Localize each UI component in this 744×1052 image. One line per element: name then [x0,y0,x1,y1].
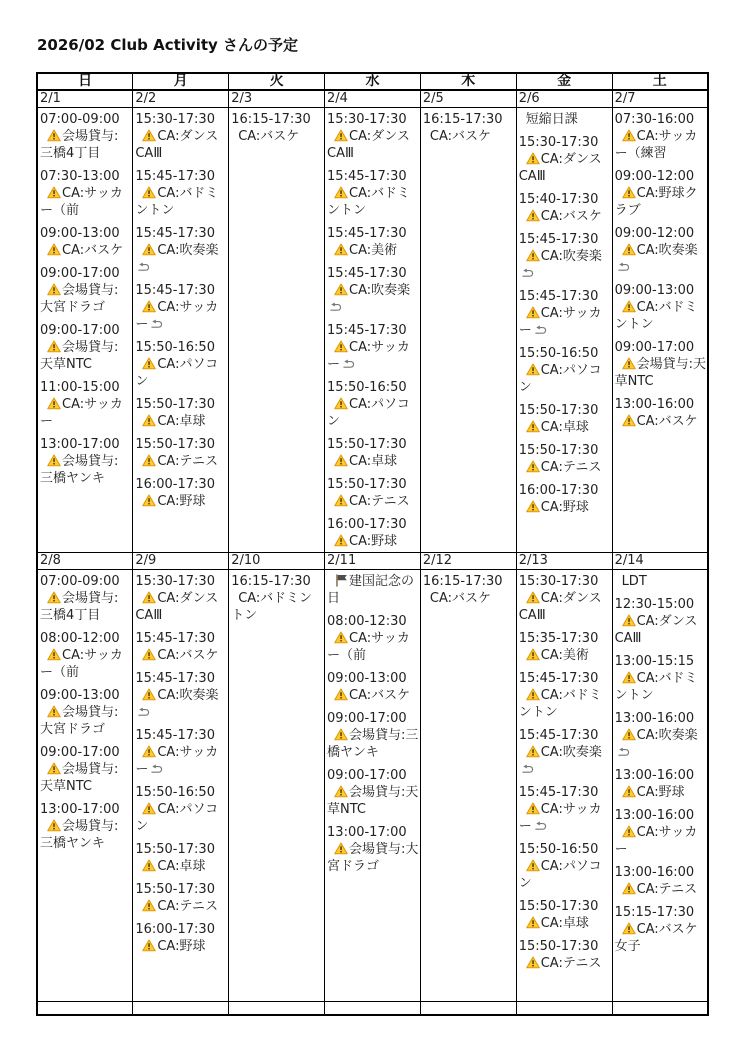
warning-icon [142,899,156,912]
empty-date-cell [229,1001,325,1015]
event[interactable]: 07:30-13:00CA:サッカー（前 [40,168,131,219]
event-title-text: CA:野球 [157,939,205,954]
event-title: 会場貸与:天草NTC [40,339,131,373]
day-events-inner: 15:30-17:30CA:ダンスCAⅢ15:45-17:30CA:バドミントン… [133,108,228,552]
event-time: 13:00-17:00 [327,824,419,841]
date-cell[interactable]: 2/11 [325,552,421,569]
day-events-cell: 15:30-17:30CA:ダンスCAⅢ15:45-17:30CA:バドミントン… [133,107,229,552]
event-time: 15:50-17:30 [135,881,227,898]
warning-icon [526,591,540,604]
event[interactable]: 15:50-17:30CA:卓球 [327,436,419,470]
event-title: 建国記念の日 [327,573,419,607]
event-title: CA:美術 [519,647,611,664]
event[interactable]: 15:50-17:30CA:テニス [135,881,227,915]
warning-icon [142,688,156,701]
event-title: 会場貸与:三橋ヤンキ [327,727,419,761]
warning-icon [334,534,348,547]
date-cell[interactable]: 2/1 [37,90,133,107]
event[interactable]: 15:45-17:30CA:美術 [327,225,419,259]
weekday-header: 水 [325,73,421,90]
warning-icon [334,842,348,855]
event-title: 会場貸与:三橋4丁目 [40,128,131,162]
event-time: 15:30-17:30 [135,573,227,590]
event[interactable]: 15:30-17:30CA:ダンスCAⅢ [519,573,611,624]
event[interactable]: 16:00-17:30CA:野球 [135,476,227,510]
event-title: CA:吹奏楽 [519,744,611,778]
event[interactable]: 07:00-09:00会場貸与:三橋4丁目 [40,573,131,624]
warning-icon [622,882,636,895]
event-time: 16:00-17:30 [135,921,227,938]
event[interactable]: 09:00-17:00会場貸与:天草NTC [615,339,706,390]
warning-icon [334,631,348,644]
event[interactable]: 15:15-17:30CA:バスケ女子 [615,904,706,955]
event-title: 会場貸与:大宮ドラゴ [40,704,131,738]
event-title: CA:バスケ [615,413,706,430]
warning-icon [526,956,540,969]
date-cell[interactable]: 2/9 [133,552,229,569]
event[interactable]: 15:45-17:30CA:吹奏楽 [135,670,227,721]
event[interactable]: 16:00-17:30CA:野球 [135,921,227,955]
event[interactable]: 09:00-17:00会場貸与:天草NTC [40,744,131,795]
event-title-text: CA:卓球 [541,916,589,931]
event[interactable]: 09:00-12:00CA:吹奏楽 [615,225,706,276]
event[interactable]: 16:15-17:30CA:バスケ [423,111,515,145]
event-title: CA:吹奏楽 [519,248,611,282]
event[interactable]: 15:50-17:30CA:卓球 [135,841,227,875]
warning-icon [142,648,156,661]
warning-icon [142,300,156,313]
event-title-text: CA:テニス [541,956,602,971]
warning-icon [142,186,156,199]
event-time: 09:00-13:00 [615,282,706,299]
warning-icon [47,397,61,410]
event-title: CA:バスケ [40,242,131,259]
event[interactable]: 13:00-17:00会場貸与:大宮ドラゴ [327,824,419,875]
event[interactable]: 15:45-17:30CA:吹奏楽 [519,727,611,778]
event-title-text: CA:野球 [637,785,685,800]
warning-icon [47,705,61,718]
event[interactable]: 15:50-17:30CA:テニス [135,436,227,470]
repeat-icon [616,747,630,757]
event[interactable]: 15:50-17:30CA:テニス [327,476,419,510]
event-title: CA:サッカー [40,396,131,430]
event-title: CA:バスケ [231,128,323,145]
event[interactable]: 15:45-17:30CA:吹奏楽 [519,231,611,282]
warning-icon [622,671,636,684]
day-events-cell: 15:30-17:30CA:ダンスCAⅢ15:35-17:30CA:美術15:4… [516,569,612,1001]
event[interactable]: 09:00-13:00CA:バスケ [40,225,131,259]
event-title: 会場貸与:三橋ヤンキ [40,818,131,852]
warning-icon [334,186,348,199]
event[interactable]: 08:00-12:00CA:サッカー（前 [40,630,131,681]
event-title: CA:テニス [519,955,611,972]
date-cell[interactable]: 2/5 [420,90,516,107]
event-title: CA:野球 [135,493,227,510]
event-title: CA:サッカー [519,305,611,339]
event-title-text: CA:美術 [349,243,397,258]
date-cell[interactable]: 2/12 [420,552,516,569]
event-time: 15:50-17:30 [519,442,611,459]
event[interactable]: 09:00-13:00CA:バスケ [327,670,419,704]
event[interactable]: 建国記念の日 [327,573,419,607]
event-time: 09:00-12:00 [615,225,706,242]
event-title-text: CA:バスケ [541,209,602,224]
event-title: CA:野球クラブ [615,185,706,219]
event-title: CA:卓球 [135,413,227,430]
event-title-text: CA:バスケ [157,648,218,663]
day-events-inner: 16:15-17:30CA:バドミントン [229,570,324,1001]
warning-icon [334,688,348,701]
warning-icon [526,363,540,376]
weekday-header: 木 [420,73,516,90]
event[interactable]: 09:00-17:00会場貸与:天草NTC [327,767,419,818]
event-time: 15:35-17:30 [519,630,611,647]
schedule-page: 2026/02 Club Activity さんの予定 日月火水木金土 2/12… [0,0,744,1052]
event-time: 15:50-17:30 [327,436,419,453]
day-events-cell: 16:15-17:30CA:バスケ [420,107,516,552]
event[interactable]: 13:00-16:00CA:吹奏楽 [615,710,706,761]
event-title: 短縮日課 [519,111,611,128]
warning-icon [142,494,156,507]
date-cell[interactable]: 2/13 [516,552,612,569]
event[interactable]: 15:30-17:30CA:ダンスCAⅢ [135,573,227,624]
warning-icon [622,300,636,313]
event-time: 16:15-17:30 [423,111,515,128]
event[interactable]: 15:50-16:50CA:パソコン [519,841,611,892]
event[interactable]: 15:50-17:30CA:卓球 [519,402,611,436]
event-title: CA:吹奏楽 [615,727,706,761]
event[interactable]: 15:30-17:30CA:ダンスCAⅢ [327,111,419,162]
events-row: 07:00-09:00会場貸与:三橋4丁目08:00-12:00CA:サッカー（… [37,569,708,1001]
event-time: 13:00-17:00 [40,436,131,453]
event-time: 08:00-12:00 [40,630,131,647]
event[interactable]: 09:00-17:00会場貸与:三橋ヤンキ [327,710,419,761]
warning-icon [334,283,348,296]
calendar-head: 日月火水木金土 [37,73,708,90]
event-title: CA:テニス [615,881,706,898]
day-events-inner: 16:15-17:30CA:バスケ [421,570,516,1001]
date-cell[interactable]: 2/6 [516,90,612,107]
event[interactable]: 13:00-16:00CA:テニス [615,864,706,898]
repeat-icon [136,262,150,272]
warning-icon [142,802,156,815]
event-time: 15:50-17:30 [519,938,611,955]
day-events-cell: 16:15-17:30CA:バスケ [420,569,516,1001]
event[interactable]: 15:45-17:30CA:サッカー [519,288,611,339]
event-title: CA:テニス [519,459,611,476]
event-title: CA:サッカー（前 [327,630,419,664]
event-time: 13:00-16:00 [615,710,706,727]
event[interactable]: 15:45-17:30CA:バドミントン [519,670,611,721]
event[interactable]: 15:50-16:50CA:パソコン [135,784,227,835]
event-title: CA:サッカー [135,299,227,333]
event[interactable]: 09:00-17:00会場貸与:天草NTC [40,322,131,373]
warning-icon [526,916,540,929]
warning-icon [47,762,61,775]
event[interactable]: 13:00-17:00会場貸与:三橋ヤンキ [40,801,131,852]
event-time: 15:15-17:30 [615,904,706,921]
event-time: 12:30-15:00 [615,596,706,613]
event-title-text: CA:テニス [349,494,410,509]
date-cell[interactable]: 2/7 [612,90,708,107]
event-time: 15:45-17:30 [327,225,419,242]
event-title: CA:野球 [135,938,227,955]
event-title: CA:バスケ [135,647,227,664]
repeat-icon [616,262,630,272]
event-time: 15:30-17:30 [327,111,419,128]
event[interactable]: 16:15-17:30CA:バスケ [231,111,323,145]
event[interactable]: 07:30-16:00CA:サッカー（練習 [615,111,706,162]
event-title: 会場貸与:三橋4丁目 [40,590,131,624]
event-title: CA:美術 [327,242,419,259]
event-title-text: CA:テニス [541,460,602,475]
event[interactable]: 15:45-17:30CA:吹奏楽 [135,225,227,276]
warning-icon [622,414,636,427]
event[interactable]: 11:00-15:00CA:サッカー [40,379,131,430]
event-title: 会場貸与:大宮ドラゴ [327,841,419,875]
event-time: 15:45-17:30 [135,282,227,299]
event[interactable]: 15:50-16:50CA:パソコン [135,339,227,390]
event[interactable]: 15:45-17:30CA:バドミントン [327,168,419,219]
event-title-text: CA:野球 [541,500,589,515]
day-events-cell: 15:30-17:30CA:ダンスCAⅢ15:45-17:30CA:バドミントン… [325,107,421,552]
day-events-inner: 15:30-17:30CA:ダンスCAⅢ15:45-17:30CA:バドミントン… [325,108,420,552]
event-time: 15:40-17:30 [519,191,611,208]
event[interactable]: 15:45-17:30CA:バスケ [135,630,227,664]
event[interactable]: 09:00-13:00会場貸与:大宮ドラゴ [40,687,131,738]
warning-icon [622,357,636,370]
event[interactable]: 15:30-17:30CA:ダンスCAⅢ [135,111,227,162]
event-time: 16:00-17:30 [135,476,227,493]
date-cell[interactable]: 2/10 [229,552,325,569]
event-time: 15:45-17:30 [135,630,227,647]
warning-icon [47,454,61,467]
event[interactable]: 16:00-17:30CA:野球 [519,482,611,516]
warning-icon [526,152,540,165]
event[interactable]: 13:00-16:00CA:バスケ [615,396,706,430]
event-time: 15:45-17:30 [519,784,611,801]
event-time: 13:00-16:00 [615,864,706,881]
event-time: 16:00-17:30 [327,516,419,533]
date-row: 2/82/92/102/112/122/132/14 [37,552,708,569]
event-title: CA:吹奏楽 [135,242,227,276]
event-time: 15:45-17:30 [135,168,227,185]
event[interactable]: 13:00-16:00CA:野球 [615,767,706,801]
empty-date-cell [420,1001,516,1015]
empty-date-cell [37,1001,133,1015]
date-cell[interactable]: 2/4 [325,90,421,107]
event[interactable]: 15:45-17:30CA:サッカー [519,784,611,835]
event[interactable]: 09:00-17:00会場貸与:大宮ドラゴ [40,265,131,316]
repeat-icon [149,764,163,774]
warning-icon [622,728,636,741]
event-time: 09:00-17:00 [40,265,131,282]
warning-icon [622,922,636,935]
event[interactable]: 15:50-17:30CA:テニス [519,442,611,476]
event-time: 07:00-09:00 [40,573,131,590]
event-title: CA:吹奏楽 [327,282,419,316]
warning-icon [526,745,540,758]
event-time: 15:45-17:30 [327,322,419,339]
event[interactable]: 15:50-16:50CA:パソコン [519,345,611,396]
day-events-inner: 07:30-16:00CA:サッカー（練習09:00-12:00CA:野球クラブ… [613,108,707,552]
event-time: 15:45-17:30 [519,727,611,744]
event[interactable]: 15:30-17:30CA:ダンスCAⅢ [519,134,611,185]
date-cell[interactable]: 2/3 [229,90,325,107]
event-time: 15:50-17:30 [327,476,419,493]
warning-icon [334,129,348,142]
event-title-text: LDT [622,574,647,589]
event-time: 13:00-17:00 [40,801,131,818]
event[interactable]: 13:00-16:00CA:サッカー [615,807,706,858]
warning-icon [47,340,61,353]
event-title-text: CA:バスケ [430,591,491,606]
warning-icon [526,420,540,433]
warning-icon [526,688,540,701]
warning-icon [526,802,540,815]
event-title: 会場貸与:天草NTC [327,784,419,818]
event-title: CA:ダンスCAⅢ [615,613,706,647]
event-time: 09:00-12:00 [615,168,706,185]
event[interactable]: 15:45-17:30CA:バドミントン [135,168,227,219]
day-events-inner: LDT12:30-15:00CA:ダンスCAⅢ13:00-15:15CA:バドミ… [613,570,707,1001]
event-title-text: CA:吹奏楽 [541,745,602,760]
event-title: CA:ダンスCAⅢ [135,128,227,162]
warning-icon [47,243,61,256]
event-time: 15:50-16:50 [327,379,419,396]
event-time: 15:50-16:50 [135,339,227,356]
date-cell[interactable]: 2/2 [133,90,229,107]
event-title: CA:卓球 [327,453,419,470]
event-title: CA:テニス [327,493,419,510]
warning-icon [142,859,156,872]
event-title-text: CA:卓球 [157,414,205,429]
event[interactable]: 13:00-17:00会場貸与:三橋ヤンキ [40,436,131,487]
warning-icon [142,414,156,427]
event-time: 15:50-17:30 [519,898,611,915]
event[interactable]: 09:00-13:00CA:バドミントン [615,282,706,333]
weekday-header: 金 [516,73,612,90]
event-title: CA:テニス [135,453,227,470]
event-title: CA:ダンスCAⅢ [135,590,227,624]
event-title-text: CA:吹奏楽 [349,283,410,298]
event[interactable]: 15:45-17:30CA:サッカー [135,282,227,333]
warning-icon [526,249,540,262]
repeat-icon [520,268,534,278]
event-title: CA:卓球 [135,858,227,875]
event-title: CA:野球 [327,533,419,550]
event[interactable]: 15:50-16:50CA:パソコン [327,379,419,430]
repeat-icon [328,302,342,312]
event[interactable]: 15:50-17:30CA:卓球 [519,898,611,932]
repeat-icon [533,821,547,831]
event[interactable]: 16:15-17:30CA:バスケ [423,573,515,607]
day-events-inner: 短縮日課15:30-17:30CA:ダンスCAⅢ15:40-17:30CA:バス… [517,108,612,552]
warning-icon [334,397,348,410]
calendar-body: 2/12/22/32/42/52/62/707:00-09:00会場貸与:三橋4… [37,90,708,1015]
event-time: 16:15-17:30 [231,111,323,128]
event-title-text: CA:バスケ [637,414,698,429]
event-title: LDT [615,573,706,590]
event[interactable]: 15:40-17:30CA:バスケ [519,191,611,225]
event-title-text: CA:バスケ [62,243,123,258]
event[interactable]: 15:50-17:30CA:テニス [519,938,611,972]
warning-icon [142,939,156,952]
calendar-table: 日月火水木金土 2/12/22/32/42/52/62/707:00-09:00… [36,72,709,1016]
date-cell[interactable]: 2/14 [612,552,708,569]
event[interactable]: 15:45-17:30CA:サッカー [327,322,419,373]
warning-icon [526,460,540,473]
event-title-text: CA:美術 [541,648,589,663]
warning-icon [47,129,61,142]
repeat-icon [533,325,547,335]
event[interactable]: 12:30-15:00CA:ダンスCAⅢ [615,596,706,647]
event[interactable]: 08:00-12:30CA:サッカー（前 [327,613,419,664]
event-title: CA:パソコン [135,356,227,390]
event-title-text: CA:バスケ [349,688,410,703]
event-time: 15:45-17:30 [135,727,227,744]
event-time: 11:00-15:00 [40,379,131,396]
event[interactable]: 15:35-17:30CA:美術 [519,630,611,664]
event-title-text: CA:吹奏楽 [541,249,602,264]
event[interactable]: 09:00-12:00CA:野球クラブ [615,168,706,219]
event-time: 13:00-16:00 [615,807,706,824]
event[interactable]: 07:00-09:00会場貸与:三橋4丁目 [40,111,131,162]
event-title: 会場貸与:大宮ドラゴ [40,282,131,316]
event-title-text: 短縮日課 [526,112,578,127]
repeat-icon [149,319,163,329]
event-title: CA:バドミントン [231,590,323,624]
event-time: 09:00-17:00 [327,710,419,727]
event-title: CA:サッカー [135,744,227,778]
day-events-cell: 15:30-17:30CA:ダンスCAⅢ15:45-17:30CA:バスケ15:… [133,569,229,1001]
event[interactable]: 16:15-17:30CA:バドミントン [231,573,323,624]
event-time: 09:00-17:00 [40,322,131,339]
event-title: CA:卓球 [519,419,611,436]
event-time: 09:00-17:00 [327,767,419,784]
warning-icon [526,859,540,872]
day-events-inner: 15:30-17:30CA:ダンスCAⅢ15:45-17:30CA:バスケ15:… [133,570,228,1001]
event-time: 15:45-17:30 [519,231,611,248]
event[interactable]: LDT [615,573,706,590]
event-time: 07:30-16:00 [615,111,706,128]
event-title: CA:卓球 [519,915,611,932]
day-events-cell: 16:15-17:30CA:バスケ [229,107,325,552]
event-time: 15:30-17:30 [135,111,227,128]
date-cell[interactable]: 2/8 [37,552,133,569]
event[interactable]: 15:45-17:30CA:サッカー [135,727,227,778]
event-title: 会場貸与:三橋ヤンキ [40,453,131,487]
empty-date-row [37,1001,708,1015]
warning-icon [526,500,540,513]
event[interactable]: 16:00-17:30CA:野球 [327,516,419,550]
warning-icon [334,340,348,353]
warning-icon [142,129,156,142]
event[interactable]: 短縮日課 [519,111,611,128]
event[interactable]: 15:50-17:30CA:卓球 [135,396,227,430]
date-row: 2/12/22/32/42/52/62/7 [37,90,708,107]
repeat-icon [341,359,355,369]
warning-icon [334,454,348,467]
event[interactable]: 13:00-15:15CA:バドミントン [615,653,706,704]
event[interactable]: 15:45-17:30CA:吹奏楽 [327,265,419,316]
event-time: 07:00-09:00 [40,111,131,128]
event-title: CA:野球 [519,499,611,516]
day-events-inner: 16:15-17:30CA:バスケ [229,108,324,552]
event-time: 16:15-17:30 [423,573,515,590]
event-time: 15:50-16:50 [135,784,227,801]
event-time: 13:00-16:00 [615,767,706,784]
